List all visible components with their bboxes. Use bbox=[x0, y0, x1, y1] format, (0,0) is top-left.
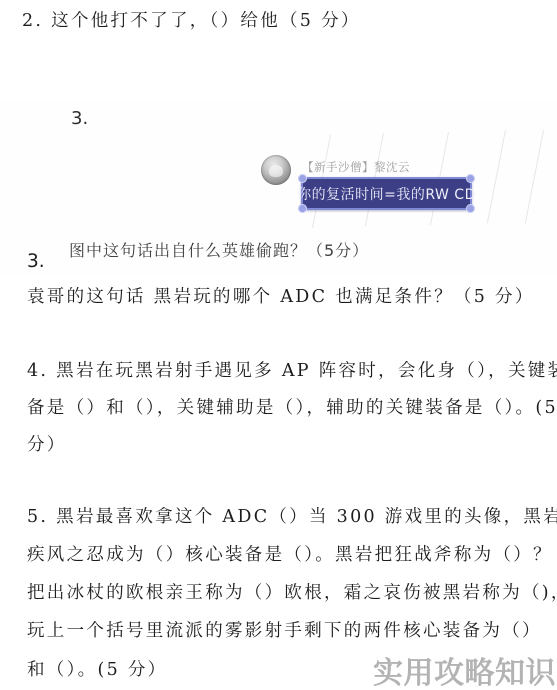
question-4-line: 4. 黑岩在玩黑岩射手遇见多 AP 阵容时，会化身（），关键装 bbox=[27, 357, 557, 382]
quiz-document-page: 2. 这个他打不了了，（）给他（5 分） 3. 【新手沙僧】黎沈云 你的复活时间… bbox=[0, 0, 557, 690]
question-5-line: 和（）。(5 分） bbox=[27, 656, 167, 681]
background-slash-line bbox=[487, 130, 506, 223]
question-4-line: 分） bbox=[27, 431, 67, 456]
bubble-corner-ornament-icon bbox=[466, 204, 475, 213]
screenshot-caption-question: 图中这句话出自什么英雄偷跑？（5分） bbox=[69, 238, 369, 261]
question-5-line: 5. 黑岩最喜欢拿这个 ADC（）当 300 游戏里的头像，黑岩把 bbox=[27, 503, 557, 528]
bubble-corner-ornament-icon bbox=[298, 204, 307, 213]
bubble-corner-ornament-icon bbox=[298, 174, 307, 183]
question-3-number: 3. bbox=[27, 251, 45, 272]
question-5-line: 疾风之忍成为（）核心装备是（）。黑岩把狂战斧称为（）？ bbox=[27, 541, 553, 566]
question-3-text: 袁哥的这句话 黑岩玩的哪个 ADC 也满足条件？（5 分） bbox=[27, 283, 535, 308]
chat-message-text: 你的复活时间=我的RW CD bbox=[297, 184, 476, 204]
question-2-text: 2. 这个他打不了了，（）给他（5 分） bbox=[22, 7, 361, 32]
embedded-chat-screenshot: 3. 【新手沙僧】黎沈云 你的复活时间=我的RW CD 图中这句话出自什么英雄偷… bbox=[0, 100, 557, 275]
question-5-line: 把出冰杖的欧根亲王称为（）欧根，霜之哀伤被黑岩称为（)， bbox=[27, 579, 557, 604]
background-slash-line bbox=[525, 130, 544, 223]
bubble-corner-ornament-icon bbox=[466, 174, 475, 183]
question-5-line: 玩上一个括号里流派的雾影射手剩下的两件核心装备为（） bbox=[27, 617, 542, 642]
player-avatar bbox=[261, 155, 291, 185]
embedded-list-number: 3. bbox=[71, 108, 88, 129]
player-name-label: 【新手沙僧】黎沈云 bbox=[302, 159, 410, 175]
chat-message-bubble: 你的复活时间=我的RW CD bbox=[301, 177, 472, 210]
site-watermark: 实用攻略知识 bbox=[373, 648, 556, 690]
question-4-line: 备是（）和（），关键辅助是（），辅助的关键装备是（）。(5 bbox=[27, 394, 557, 419]
